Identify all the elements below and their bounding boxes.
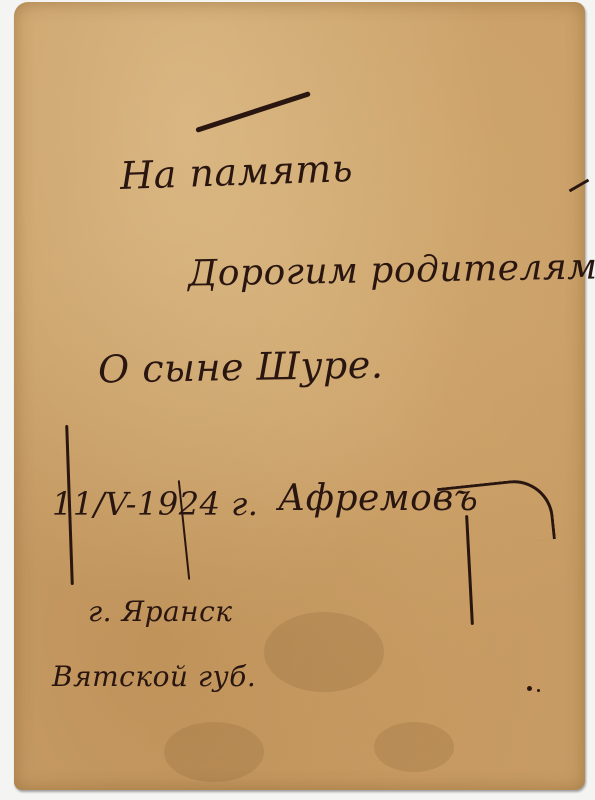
paper-stain — [264, 612, 384, 692]
paper-stain — [164, 722, 264, 782]
paper-stain — [374, 722, 454, 772]
ink-spot — [537, 689, 540, 692]
date-line: 11/V-1924 г. — [52, 485, 258, 523]
dedication-line: На память — [119, 146, 353, 198]
province-line: Вятской губ. — [52, 660, 256, 693]
recipients-line: Дорогим родителям — [188, 246, 595, 294]
city-line: г. Яранск — [88, 595, 233, 628]
signature-flourish — [437, 476, 556, 550]
subject-line: О сыне Шуре. — [98, 343, 384, 392]
ink-spot — [527, 686, 532, 691]
